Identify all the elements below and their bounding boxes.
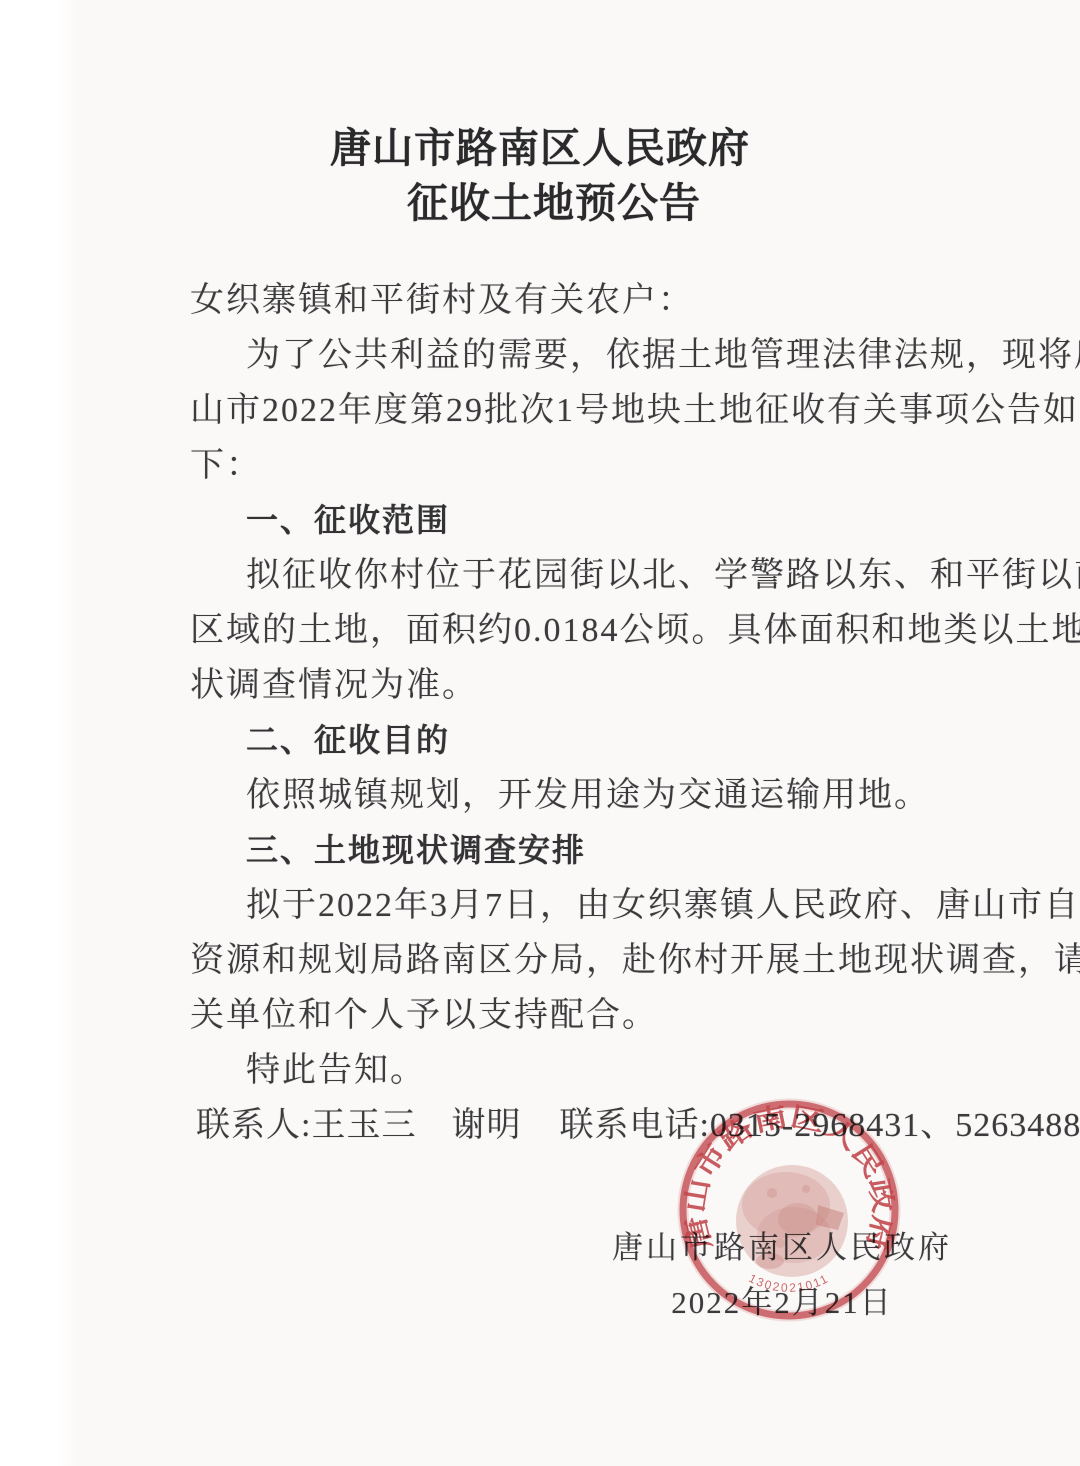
- title-line-2: 征收土地预公告: [14, 176, 1080, 231]
- text-line: 状调查情况为准。: [190, 658, 950, 713]
- announcement-page: 唐山市路南区人民政府 征收土地预公告 女织寨镇和平街村及有关农户： 为了公共利益…: [0, 0, 1080, 1466]
- text-line: 依照城镇规划，开发用途为交通运输用地。: [190, 768, 950, 823]
- text-line: 区域的土地，面积约0.0184公顷。具体面积和地类以土地现: [190, 603, 950, 658]
- contact-line: 联系人:王玉三 谢明 联系电话:0315-2968431、5263488: [196, 1098, 1080, 1153]
- text-line: 三、土地现状调查安排: [190, 823, 950, 878]
- document-title: 唐山市路南区人民政府 征收土地预公告: [0, 121, 1080, 231]
- text-line: 拟征收你村位于花园街以北、学警路以东、和平街以南: [190, 548, 950, 603]
- text-line: 一、征收范围: [190, 493, 950, 548]
- text-line: 特此告知。: [190, 1043, 950, 1098]
- signature-date: 2022年2月21日: [612, 1277, 952, 1322]
- contact-person: 联系人:王玉三 谢明: [196, 1098, 521, 1153]
- text-line: 拟于2022年3月7日，由女织寨镇人民政府、唐山市自然: [190, 878, 950, 933]
- title-line-1: 唐山市路南区人民政府: [0, 121, 1080, 176]
- text-line: 为了公共利益的需要，依据土地管理法律法规，现将唐: [190, 328, 950, 383]
- text-line: 下：: [190, 438, 950, 493]
- document-body: 女织寨镇和平街村及有关农户： 为了公共利益的需要，依据土地管理法律法规，现将唐 …: [190, 273, 950, 1098]
- text-line: 女织寨镇和平街村及有关农户：: [190, 273, 950, 328]
- text-line: 资源和规划局路南区分局，赴你村开展土地现状调查，请有: [190, 933, 950, 988]
- text-line: 二、征收目的: [190, 713, 950, 768]
- text-line: 关单位和个人予以支持配合。: [190, 988, 950, 1043]
- text-line: 山市2022年度第29批次1号地块土地征收有关事项公告如: [190, 383, 950, 438]
- signature-org: 唐山市路南区人民政府: [612, 1222, 952, 1267]
- contact-phone: 联系电话:0315-2968431、5263488: [559, 1098, 1080, 1153]
